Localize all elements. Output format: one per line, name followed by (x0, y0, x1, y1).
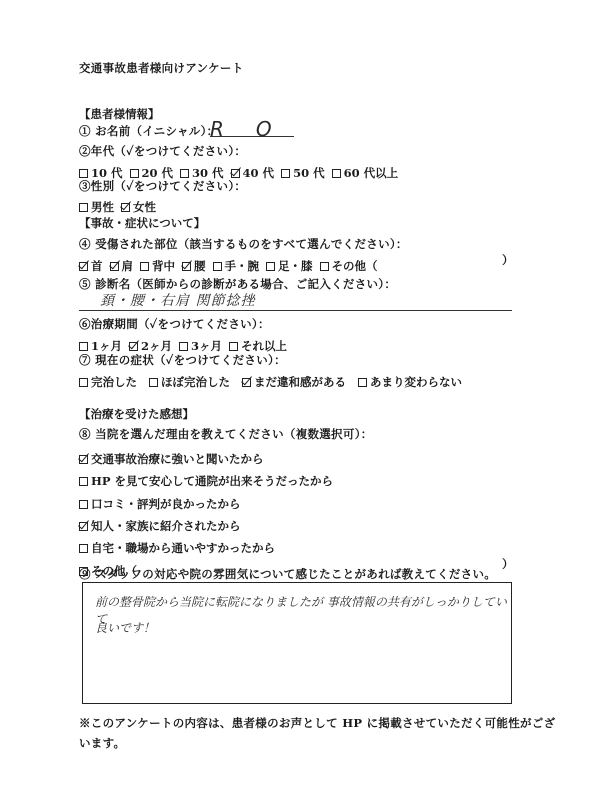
checkbox-checked[interactable] (79, 262, 88, 271)
checkbox-checked[interactable] (231, 169, 240, 178)
section-patient-info: 【患者様情報】 (79, 106, 160, 122)
checkbox[interactable] (358, 378, 367, 387)
checkbox-checked[interactable] (121, 203, 130, 212)
q3-options: 男性 女性 (79, 199, 163, 215)
q7-options: 完治した ほぼ完治した まだ違和感がある あまり変わらない (79, 374, 469, 390)
q4-label: ④ 受傷された部位（該当するものをすべて選んでください）： (79, 236, 408, 252)
q7-label: ⑦ 現在の症状（✓をつけてください）： (79, 352, 286, 368)
q4-option-other[interactable]: その他（ (320, 258, 378, 274)
q6-label: ⑥治療期間（✓をつけてください）： (79, 316, 270, 332)
checkbox[interactable] (179, 342, 188, 351)
q7-option-fully-recovered[interactable]: 完治した (79, 374, 137, 390)
q9-label: ⑨ スタッフの対応や院の雰囲気について感じたことがあれば教えてください。 (79, 566, 496, 582)
q2-option-50s[interactable]: 50 代 (281, 165, 325, 181)
q7-option-still-discomfort[interactable]: まだ違和感がある (242, 374, 346, 390)
q5-answer[interactable]: 頚・腰・右肩 関節捻挫 (100, 290, 255, 310)
q9-answer-line1: 前の整骨院から当院に転院になりましたが 事故情報の共有がしっかりしていて (95, 593, 511, 627)
checkbox[interactable] (229, 342, 238, 351)
q8-close-paren: ） (502, 556, 514, 572)
q8-option-website[interactable]: HP を見て安心して通院が出来そうだったから (79, 473, 333, 489)
q4-option-lower-back[interactable]: 腰 (182, 258, 206, 274)
q4-close-paren: ） (502, 252, 514, 268)
q4-option-back[interactable]: 背中 (140, 258, 175, 274)
checkbox[interactable] (79, 169, 88, 178)
checkbox[interactable] (79, 500, 88, 509)
q8-option-strong-in-accident-treatment[interactable]: 交通事故治療に強いと聞いたから (79, 451, 264, 467)
checkbox[interactable] (320, 262, 329, 271)
q5-underline (79, 310, 512, 311)
footer-note-line1: ※このアンケートの内容は、患者様のお声として HP に掲載させていただく可能性が… (79, 715, 555, 731)
q9-comment-box[interactable]: 前の整骨院から当院に転院になりましたが 事故情報の共有がしっかりしていて 良いで… (82, 582, 512, 704)
q1-answer[interactable]: R O (210, 113, 278, 142)
section-impressions: 【治療を受けた感想】 (79, 406, 194, 422)
q1-underline (210, 136, 294, 137)
checkbox-checked[interactable] (79, 522, 88, 531)
checkbox[interactable] (140, 262, 149, 271)
q7-option-mostly-recovered[interactable]: ほぼ完治した (149, 374, 230, 390)
section-accident: 【事故・症状について】 (79, 215, 205, 231)
q9-answer-line2: 良いです！ (95, 619, 155, 636)
checkbox-checked[interactable] (242, 378, 251, 387)
q4-options: 首 肩 背中 腰 手・腕 足・膝 その他（ (79, 258, 385, 274)
q8-option-referral[interactable]: 知人・家族に紹介されたから (79, 518, 241, 534)
checkbox[interactable] (332, 169, 341, 178)
footer-note-line2: います。 (79, 735, 125, 751)
checkbox[interactable] (149, 378, 158, 387)
q8-label: ⑧ 当院を選んだ理由を教えてください（複数選択可）： (79, 426, 373, 442)
q3-option-male[interactable]: 男性 (79, 199, 114, 215)
q4-option-hand-arm[interactable]: 手・腕 (213, 258, 260, 274)
checkbox-checked[interactable] (182, 262, 191, 271)
checkbox[interactable] (79, 378, 88, 387)
q3-label: ③性別（✓をつけてください）： (79, 178, 246, 194)
checkbox[interactable] (213, 262, 222, 271)
q8-option-convenient-location[interactable]: 自宅・職場から通いやすかったから (79, 540, 275, 556)
checkbox[interactable] (79, 342, 88, 351)
q8-option-reviews[interactable]: 口コミ・評判が良かったから (79, 496, 241, 512)
q4-option-leg-knee[interactable]: 足・膝 (266, 258, 313, 274)
checkbox[interactable] (266, 262, 275, 271)
checkbox[interactable] (79, 203, 88, 212)
q7-option-no-change[interactable]: あまり変わらない (358, 374, 462, 390)
q2-option-60s-plus[interactable]: 60 代以上 (332, 165, 399, 181)
q4-option-shoulder[interactable]: 肩 (110, 258, 134, 274)
q3-option-female[interactable]: 女性 (121, 199, 156, 215)
checkbox[interactable] (79, 477, 88, 486)
q2-label: ②年代（✓をつけてください）： (79, 143, 246, 159)
q1-label: ① お名前（イニシャル）： (79, 123, 218, 139)
checkbox[interactable] (180, 169, 189, 178)
checkbox[interactable] (281, 169, 290, 178)
checkbox-checked[interactable] (129, 342, 138, 351)
checkbox-checked[interactable] (79, 455, 88, 464)
checkbox-checked[interactable] (110, 262, 119, 271)
checkbox[interactable] (79, 544, 88, 553)
form-title: 交通事故患者様向けアンケート (79, 60, 244, 76)
q4-option-neck[interactable]: 首 (79, 258, 103, 274)
checkbox[interactable] (130, 169, 139, 178)
